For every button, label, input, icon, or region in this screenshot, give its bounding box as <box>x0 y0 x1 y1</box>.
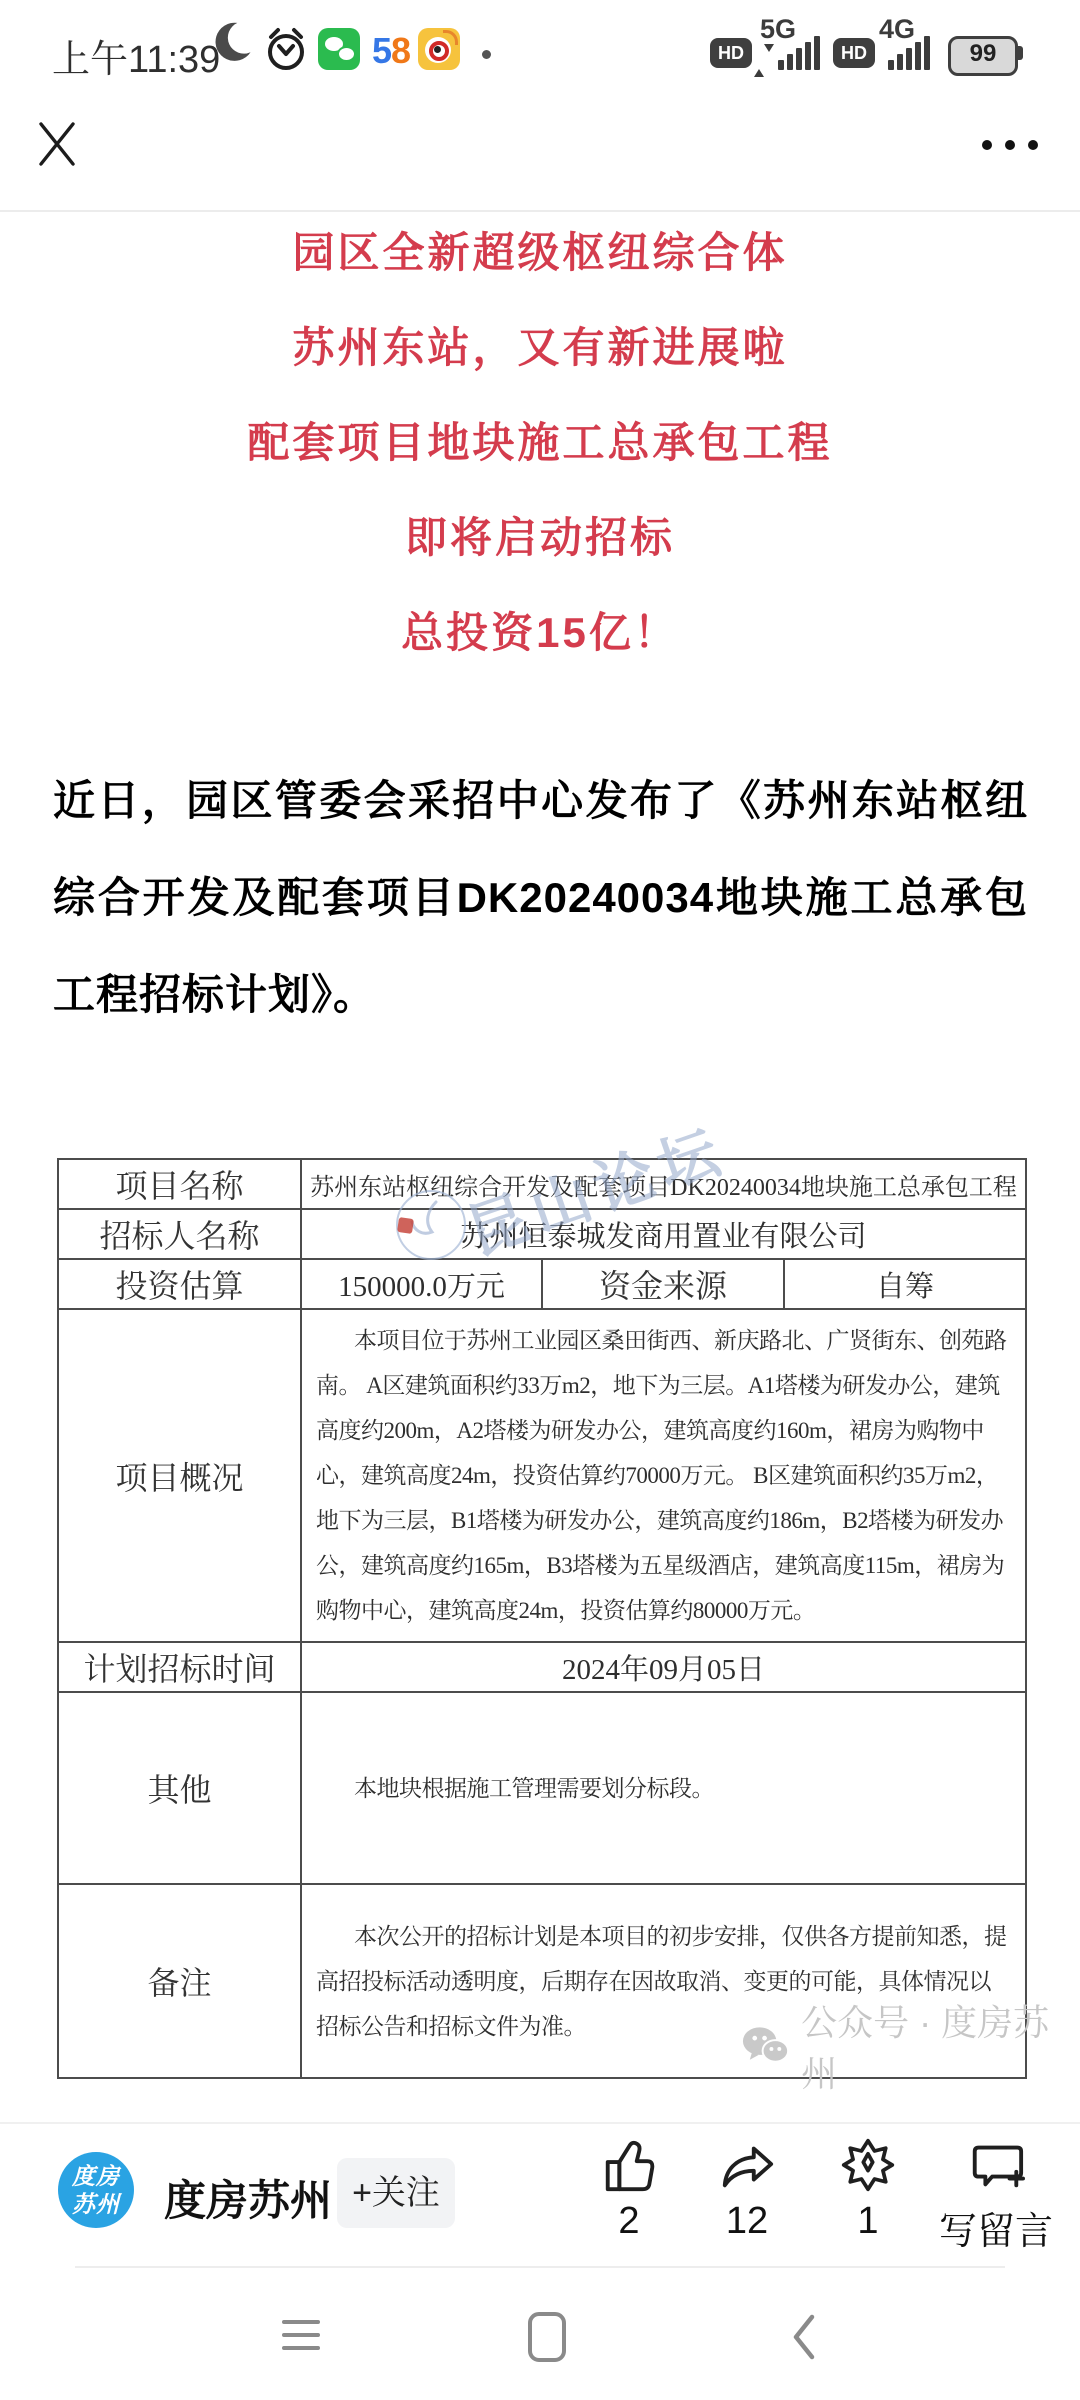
like-button[interactable]: 2 <box>574 2132 684 2243</box>
investment-value: 150000.0万元 <box>301 1259 542 1309</box>
wow-button[interactable]: 1 <box>813 2132 923 2243</box>
fund-source-value: 自筹 <box>784 1259 1026 1309</box>
data-activity-arrows <box>754 52 764 70</box>
project-name-value: 苏州东站枢纽综合开发及配套项目DK20240034地块施工总承包工程 <box>301 1159 1026 1209</box>
wow-count: 1 <box>813 2200 923 2243</box>
battery-indicator: 99 <box>948 36 1018 76</box>
row-label: 备注 <box>58 1884 301 2078</box>
table-row: 项目名称 苏州东站枢纽综合开发及配套项目DK20240034地块施工总承包工程 <box>58 1159 1026 1209</box>
headline-line: 配套项目地块施工总承包工程 <box>0 395 1080 490</box>
share-arrow-icon <box>692 2132 802 2198</box>
lead-paragraph: 近日，园区管委会采招中心发布了《苏州东站枢纽综合开发及配套项目DK2024003… <box>53 752 1028 1043</box>
system-nav-bar <box>0 2280 1080 2400</box>
headline-line: 园区全新超级枢纽综合体 <box>0 205 1080 300</box>
clock-time: 上午11:39 <box>52 28 220 83</box>
wechat-article-screen: 上午11:39 58 HD 5G HD 4G 99 <box>0 0 1080 2400</box>
more-menu-icon[interactable] <box>982 140 1038 150</box>
close-icon[interactable] <box>33 120 81 168</box>
do-not-disturb-moon-icon <box>208 18 252 66</box>
table-row: 招标人名称 苏州恒泰城发商用置业有限公司 <box>58 1209 1026 1259</box>
recents-menu-icon[interactable] <box>282 2320 320 2359</box>
plan-date-value: 2024年09月05日 <box>301 1642 1026 1692</box>
share-button[interactable]: 12 <box>692 2132 802 2243</box>
hd-voice-badge-1: HD <box>710 38 752 68</box>
table-row: 计划招标时间 2024年09月05日 <box>58 1642 1026 1692</box>
58-app-icon: 58 <box>372 30 410 72</box>
engagement-bar: 度房 苏州 度房苏州 +关注 2 12 <box>0 2122 1080 2270</box>
account-name[interactable]: 度房苏州 <box>164 2168 332 2228</box>
table-row: 其他 本地块根据施工管理需要划分标段。 <box>58 1692 1026 1884</box>
comment-label: 写留言 <box>934 2200 1058 2255</box>
alarm-clock-icon <box>262 24 310 74</box>
battery-tip <box>1018 46 1023 60</box>
follow-button[interactable]: +关注 <box>337 2158 455 2228</box>
headline-line: 即将启动招标 <box>0 490 1080 585</box>
section-divider <box>75 2266 1005 2268</box>
headline-line: 苏州东站，又有新进展啦 <box>0 300 1080 395</box>
wow-star-icon <box>813 2132 923 2198</box>
article-top-bar <box>0 100 1080 212</box>
row-label: 项目名称 <box>58 1159 301 1209</box>
hd-voice-badge-2: HD <box>833 38 875 68</box>
table-row: 项目概况 本项目位于苏州工业园区桑田街西、新庆路北、广贤街东、创苑路南。 A区建… <box>58 1309 1026 1642</box>
table-row: 投资估算 150000.0万元 资金来源 自筹 <box>58 1259 1026 1309</box>
account-avatar[interactable]: 度房 苏州 <box>58 2152 134 2228</box>
row-label: 项目概况 <box>58 1309 301 1642</box>
signal-bars-sim2 <box>888 34 930 70</box>
status-bar: 上午11:39 58 HD 5G HD 4G 99 <box>0 0 1080 100</box>
headline-line: 总投资15亿！ <box>0 585 1080 680</box>
other-value: 本地块根据施工管理需要划分标段。 <box>301 1692 1026 1884</box>
remarks-value: 本次公开的招标计划是本项目的初步安排，仅供各方提前知悉，提高招投标活动透明度，后… <box>301 1884 1026 2078</box>
row-label: 招标人名称 <box>58 1209 301 1259</box>
tenderer-value: 苏州恒泰城发商用置业有限公司 <box>301 1209 1026 1259</box>
comment-plus-icon <box>934 2132 1058 2198</box>
headline-block: 园区全新超级枢纽综合体 苏州东站，又有新进展啦 配套项目地块施工总承包工程 即将… <box>0 205 1080 680</box>
more-notifications-dot <box>482 50 491 59</box>
home-icon[interactable] <box>528 2312 566 2362</box>
row-label: 计划招标时间 <box>58 1642 301 1692</box>
signal-bars-sim1 <box>778 34 820 70</box>
comment-button[interactable]: 写留言 <box>934 2132 1058 2255</box>
like-count: 2 <box>574 2200 684 2243</box>
wechat-notification-icon <box>318 28 360 70</box>
table-row: 备注 本次公开的招标计划是本项目的初步安排，仅供各方提前知悉，提高招投标活动透明… <box>58 1884 1026 2078</box>
weibo-notification-icon <box>418 28 460 70</box>
back-chevron-icon[interactable] <box>790 2312 816 2362</box>
row-label: 其他 <box>58 1692 301 1884</box>
share-count: 12 <box>692 2200 802 2243</box>
row-label: 资金来源 <box>542 1259 784 1309</box>
thumbs-up-icon <box>574 2132 684 2198</box>
project-overview-value: 本项目位于苏州工业园区桑田街西、新庆路北、广贤街东、创苑路南。 A区建筑面积约3… <box>301 1309 1026 1642</box>
bidding-plan-table: 项目名称 苏州东站枢纽综合开发及配套项目DK20240034地块施工总承包工程 … <box>57 1158 1027 2079</box>
row-label: 投资估算 <box>58 1259 301 1309</box>
